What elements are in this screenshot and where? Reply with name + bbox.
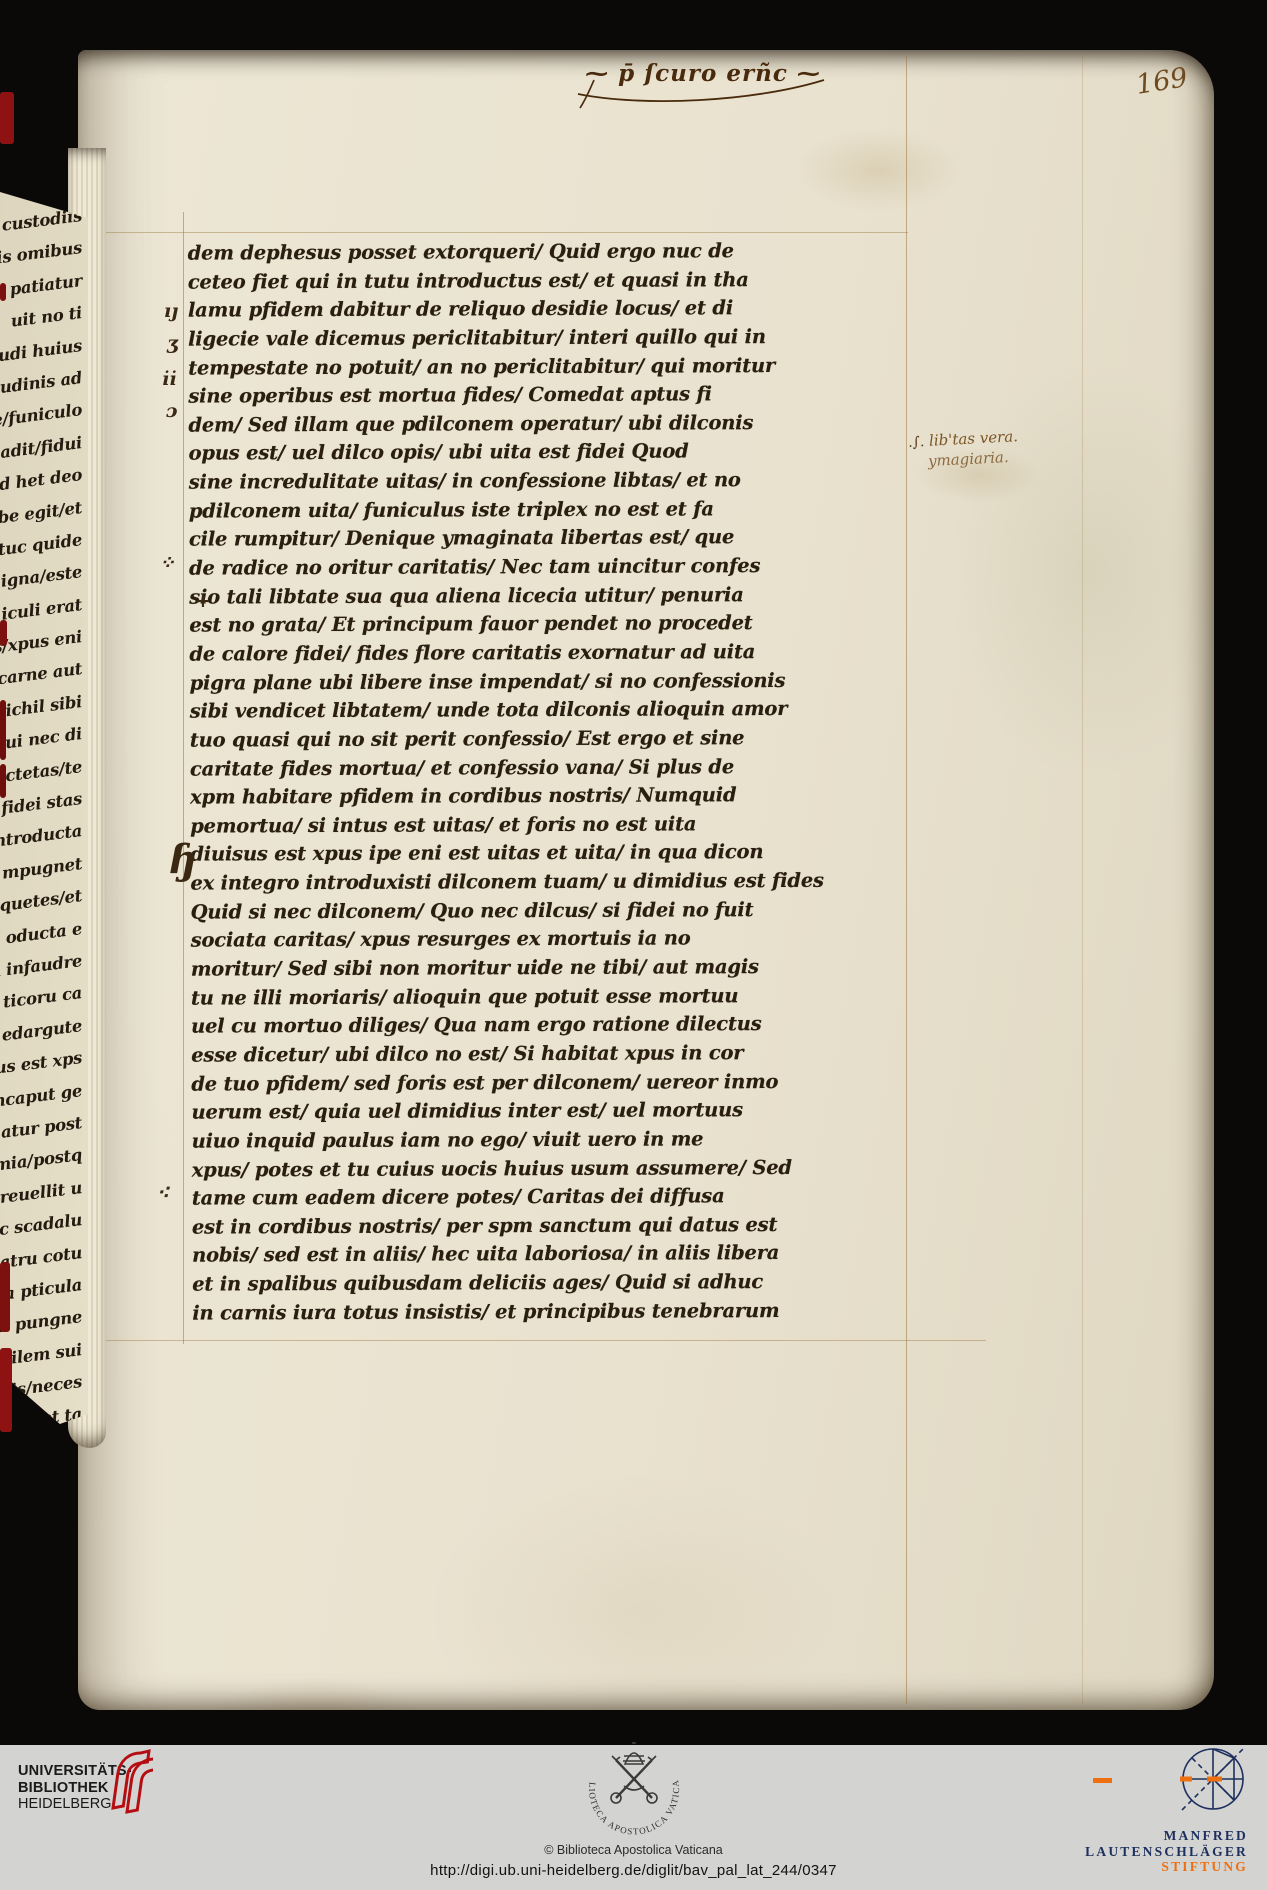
manuscript-line: de calore fidei/ fides flore caritatis e… (189, 637, 909, 669)
mls-line2: LAUTENSCHLÄGER (1085, 1844, 1248, 1860)
manuscript-line: uerum est/ quia uel dimidius inter est/ … (191, 1096, 911, 1128)
photo-area: ⁓ p̄ ſcuro erñc ⁓ 169 dem dephesus posse… (0, 0, 1267, 1745)
header-inscription: ⁓ p̄ ſcuro erñc ⁓ (558, 50, 848, 114)
margin-mark: ı̇ı̇ (162, 368, 176, 390)
ruling-horizontal-bottom (80, 1340, 986, 1341)
ruling-vertical-margin (1082, 56, 1083, 1704)
manuscript-line: de tuo pfidem/ sed foris est per dilcone… (191, 1067, 911, 1099)
manuscript-line: pemortua/ si intus est uitas/ et foris n… (190, 809, 910, 841)
mls-foundation-label: MANFRED LAUTENSCHLÄGER STIFTUNG (1085, 1828, 1248, 1875)
margin-mark: ⁖ (156, 1180, 169, 1206)
manuscript-line: tuo quasi qui no sit perit confessio/ Es… (190, 723, 910, 755)
manuscript-line: in carnis iura totus insistis/ et princi… (192, 1296, 912, 1328)
manuscript-line: esse dicetur/ ubi dilco no est/ Si habit… (191, 1038, 911, 1070)
manuscript-line: sine incredulitate uitas/ in confessione… (189, 466, 909, 498)
source-url: http://digi.ub.uni-heidelberg.de/diglit/… (0, 1862, 1267, 1879)
fore-edge-mark (0, 764, 6, 798)
margin-mark: + (195, 590, 211, 612)
facing-page-text-fragments: t custodiisis omibuse patiaturuit no tis… (0, 200, 82, 1426)
manuscript-line: est in cordibus nostris/ per spm sanctum… (192, 1210, 912, 1242)
manuscript-text-block: dem dephesus posset extorqueri/ Quid erg… (188, 236, 913, 1327)
manuscript-line: tu ne illi moriaris/ alioquin que potuit… (191, 981, 911, 1013)
manuscript-line: lamu pfidem dabitur de reliquo desidie l… (188, 294, 908, 326)
manuscript-line: sine operibus est mortua fides/ Comedat … (188, 380, 908, 412)
margin-mark: ɔ (166, 400, 178, 422)
fore-edge-mark (0, 620, 7, 646)
fore-edge-mark (0, 700, 6, 760)
mls-orange-dash (1093, 1778, 1112, 1783)
margin-mark: ʒ (167, 332, 178, 354)
facing-page-edge: t custodiisis omibuse patiaturuit no tis… (0, 158, 88, 1426)
marginal-note-mark: .∫. (908, 434, 925, 451)
header-inscription-text: ⁓ p̄ ſcuro erñc ⁓ (585, 60, 821, 87)
margin-mark: ⁘ (159, 552, 175, 574)
margin-mark: ɧ (168, 836, 197, 883)
vatican-seal-icon: BIBLIOTECA APOSTOLICA VATICANA (578, 1742, 690, 1842)
manuscript-line: tempestate no potuit/ an no periclitabit… (188, 351, 908, 383)
manuscript-line: xpm habitare pfidem in cordibus nostris/… (190, 781, 910, 813)
ub-heidelberg-logo-icon (107, 1748, 153, 1814)
manuscript-line: caritate fides mortua/ et confessio vana… (190, 752, 910, 784)
mls-foundation-logo-icon (1180, 1743, 1246, 1815)
manuscript-line: dem dephesus posset extorqueri/ Quid erg… (188, 236, 908, 268)
mls-line3: STIFTUNG (1085, 1859, 1248, 1875)
manuscript-line: nobis/ sed est in aliis/ hec uita labori… (192, 1239, 912, 1271)
manuscript-line: pigra plane ubi libere inse impendat/ si… (190, 666, 910, 698)
mls-line1: MANFRED (1085, 1828, 1248, 1844)
manuscript-line: ex integro introduxisti dilconem tuam/ u… (190, 867, 910, 899)
fore-edge-mark (0, 283, 6, 301)
manuscript-line: xpus/ potes et tu cuius uocis huius usum… (192, 1153, 912, 1185)
vatican-copyright: © Biblioteca Apostolica Vaticana (0, 1843, 1267, 1857)
manuscript-line: pdilconem uita/ funiculus iste triplex n… (189, 494, 909, 526)
manuscript-line: uel cu mortuo diliges/ Qua nam ergo rati… (191, 1010, 911, 1042)
fore-edge-mark (0, 1348, 12, 1432)
ruling-vertical-left (183, 212, 184, 1344)
manuscript-line: Quid si nec dilconem/ Quo nec dilcus/ si… (191, 895, 911, 927)
manuscript-line: sociata caritas/ xpus resurges ex mortui… (191, 924, 911, 956)
manuscript-line: est no grata/ Et principum fauor pendet … (189, 609, 909, 641)
manuscript-line: sio tali libtate sua qua aliena licecia … (189, 580, 909, 612)
manuscript-line: uiuo inquid paulus iam no ego/ viuit uer… (192, 1124, 912, 1156)
manuscript-line: de radice no oritur caritatis/ Nec tam u… (189, 551, 909, 583)
ruling-horizontal-top (80, 232, 908, 233)
manuscript-line: ligecie vale dicemus periclitabitur/ int… (188, 322, 908, 354)
margin-mark: ıȷ (164, 300, 178, 322)
manuscript-line: sibi vendicet libtatem/ unde tota dilcon… (190, 695, 910, 727)
fore-edge-mark (0, 92, 14, 144)
manuscript-line: dem/ Sed illam que pdilconem operatur/ u… (188, 408, 908, 440)
manuscript-line: opus est/ uel dilco opis/ ubi uita est f… (189, 437, 909, 469)
manuscript-line: ceteo fiet qui in tutu introductus est/ … (188, 265, 908, 297)
manuscript-line: tame cum eadem dicere potes/ Caritas dei… (192, 1182, 912, 1214)
manuscript-line: cile rumpitur/ Denique ymaginata liberta… (189, 523, 909, 555)
manuscript-line: moritur/ Sed sibi non moritur uide ne ti… (191, 952, 911, 984)
fore-edge-mark (0, 1262, 10, 1332)
manuscript-line: et in spalibus quibusdam deliciis ages/ … (192, 1267, 912, 1299)
manuscript-line: diuisus est xpus ipe eni est uitas et ui… (190, 838, 910, 870)
